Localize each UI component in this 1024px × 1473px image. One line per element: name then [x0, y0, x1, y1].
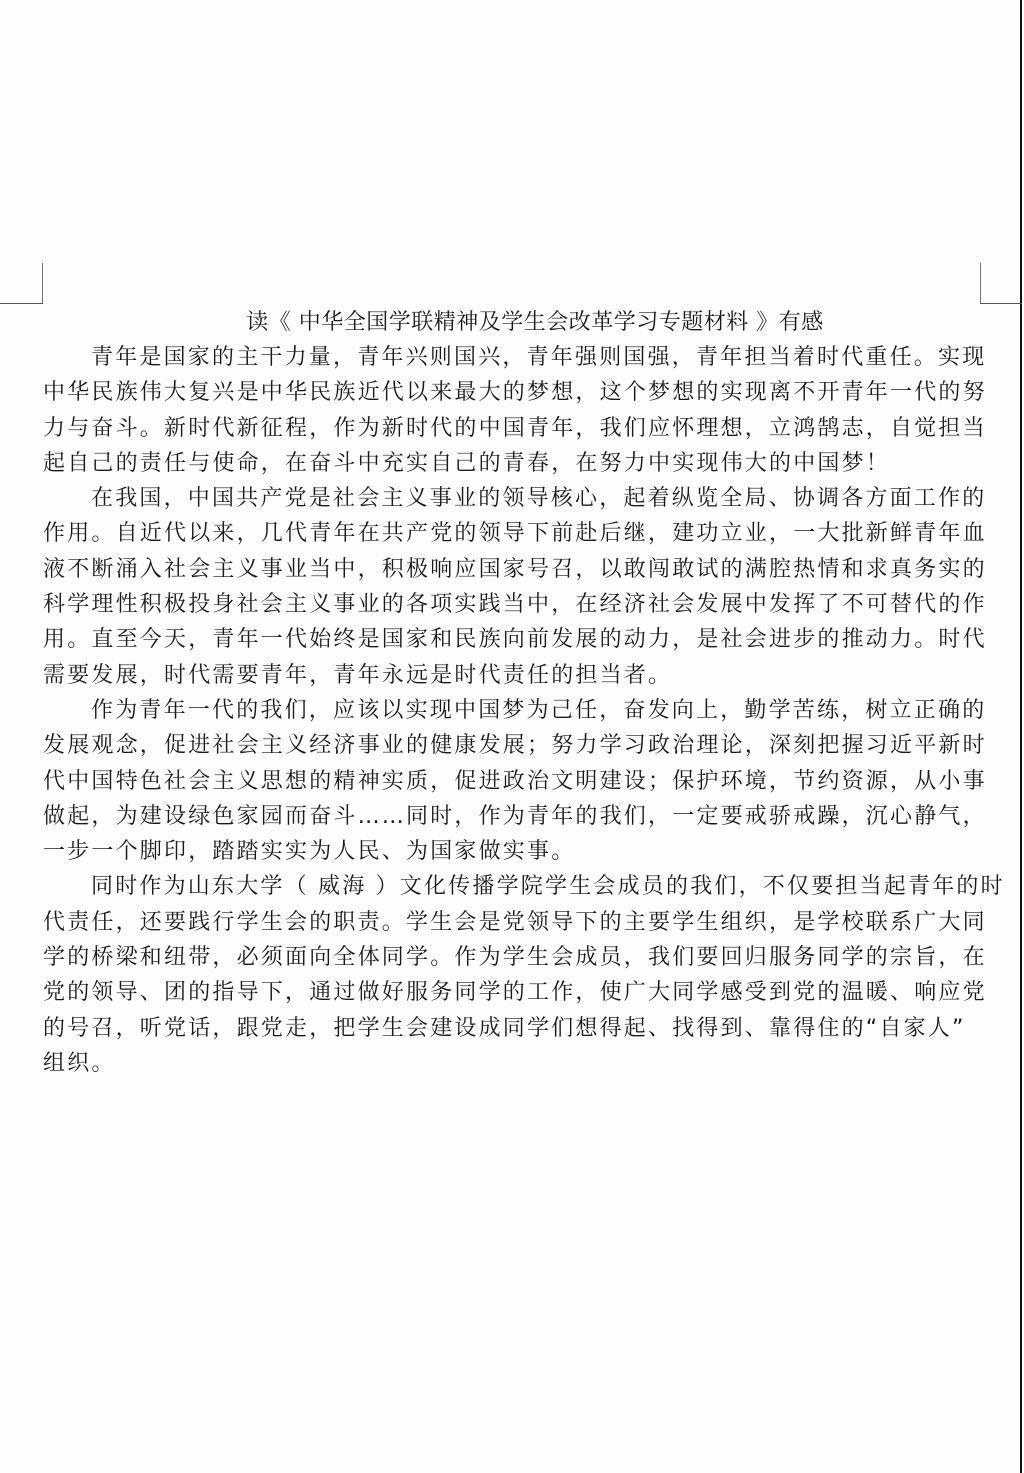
text-line: 需要发展，时代需要青年，青年永远是时代责任的担当者。 — [43, 658, 973, 693]
text-line: 组织。 — [43, 1046, 973, 1081]
text-line: 代责任，还要践行学生会的职责。学生会是党领导下的主要学生组织，是学校联系广大同 — [43, 905, 973, 940]
document-title: 读《 中华全国学联精神及学生会改革学习专题材料 》有感 — [0, 306, 1024, 340]
paragraph-4: 同时作为山东大学（ 威海 ）文化传播学院学生会成员的我们，不仅要担当起青年的时 … — [43, 869, 973, 1081]
corner-mark-right-vertical — [980, 263, 981, 303]
text-line: 用。直至今天，青年一代始终是国家和民族向前发展的动力，是社会进步的推动力。时代 — [43, 622, 973, 657]
text-line: 起自己的责任与使命，在奋斗中充实自己的青春，在努力中实现伟大的中国梦！ — [43, 446, 973, 481]
text-line: 代中国特色社会主义思想的精神实质，促进政治文明建设；保护环境，节约资源，从小事 — [43, 764, 973, 799]
text-line: 青年是国家的主干力量，青年兴则国兴，青年强则国强，青年担当着时代重任。实现 — [43, 340, 973, 375]
text-line: 作为青年一代的我们，应该以实现中国梦为己任，奋发向上，勤学苦练，树立正确的 — [43, 693, 973, 728]
text-line: 做起，为建设绿色家园而奋斗……同时，作为青年的我们，一定要戒骄戒躁，沉心静气， — [43, 799, 973, 834]
text-line: 作用。自近代以来，几代青年在共产党的领导下前赴后继，建功立业，一大批新鲜青年血 — [43, 516, 973, 551]
page-edge — [1020, 0, 1022, 1473]
document-body: 青年是国家的主干力量，青年兴则国兴，青年强则国强，青年担当着时代重任。实现 中华… — [43, 340, 973, 1081]
text-line: 学的桥梁和纽带，必须面向全体同学。作为学生会成员，我们要回归服务同学的宗旨，在 — [43, 940, 973, 975]
paragraph-1: 青年是国家的主干力量，青年兴则国兴，青年强则国强，青年担当着时代重任。实现 中华… — [43, 340, 973, 481]
text-line: 在我国，中国共产党是社会主义事业的领导核心，起着纵览全局、协调各方面工作的 — [43, 481, 973, 516]
corner-mark-left-vertical — [42, 263, 43, 303]
text-line: 力与奋斗。新时代新征程，作为新时代的中国青年，我们应怀理想，立鸿鹄志，自觉担当 — [43, 411, 973, 446]
text-line: 科学理性积极投身社会主义事业的各项实践当中，在经济社会发展中发挥了不可替代的作 — [43, 587, 973, 622]
paragraph-2: 在我国，中国共产党是社会主义事业的领导核心，起着纵览全局、协调各方面工作的 作用… — [43, 481, 973, 693]
text-line: 的号召，听党话，跟党走，把学生会建设成同学们想得起、找得到、靠得住的“自家人” — [43, 1011, 973, 1046]
text-line: 同时作为山东大学（ 威海 ）文化传播学院学生会成员的我们，不仅要担当起青年的时 — [43, 869, 973, 904]
text-line: 液不断涌入社会主义事业当中，积极响应国家号召，以敢闯敢试的满腔热情和求真务实的 — [43, 552, 973, 587]
text-line: 一步一个脚印，踏踏实实为人民、为国家做实事。 — [43, 834, 973, 869]
document-page: 读《 中华全国学联精神及学生会改革学习专题材料 》有感 青年是国家的主干力量，青… — [0, 0, 1022, 1473]
paragraph-3: 作为青年一代的我们，应该以实现中国梦为己任，奋发向上，勤学苦练，树立正确的 发展… — [43, 693, 973, 869]
corner-mark-left-horizontal — [0, 303, 43, 304]
corner-mark-right-horizontal — [980, 303, 1022, 304]
text-line: 党的领导、团的指导下，通过做好服务同学的工作，使广大同学感受到党的温暖、响应党 — [43, 975, 973, 1010]
text-line: 中华民族伟大复兴是中华民族近代以来最大的梦想，这个梦想的实现离不开青年一代的努 — [43, 375, 973, 410]
text-line: 发展观念，促进社会主义经济事业的健康发展；努力学习政治理论，深刻把握习近平新时 — [43, 728, 973, 763]
